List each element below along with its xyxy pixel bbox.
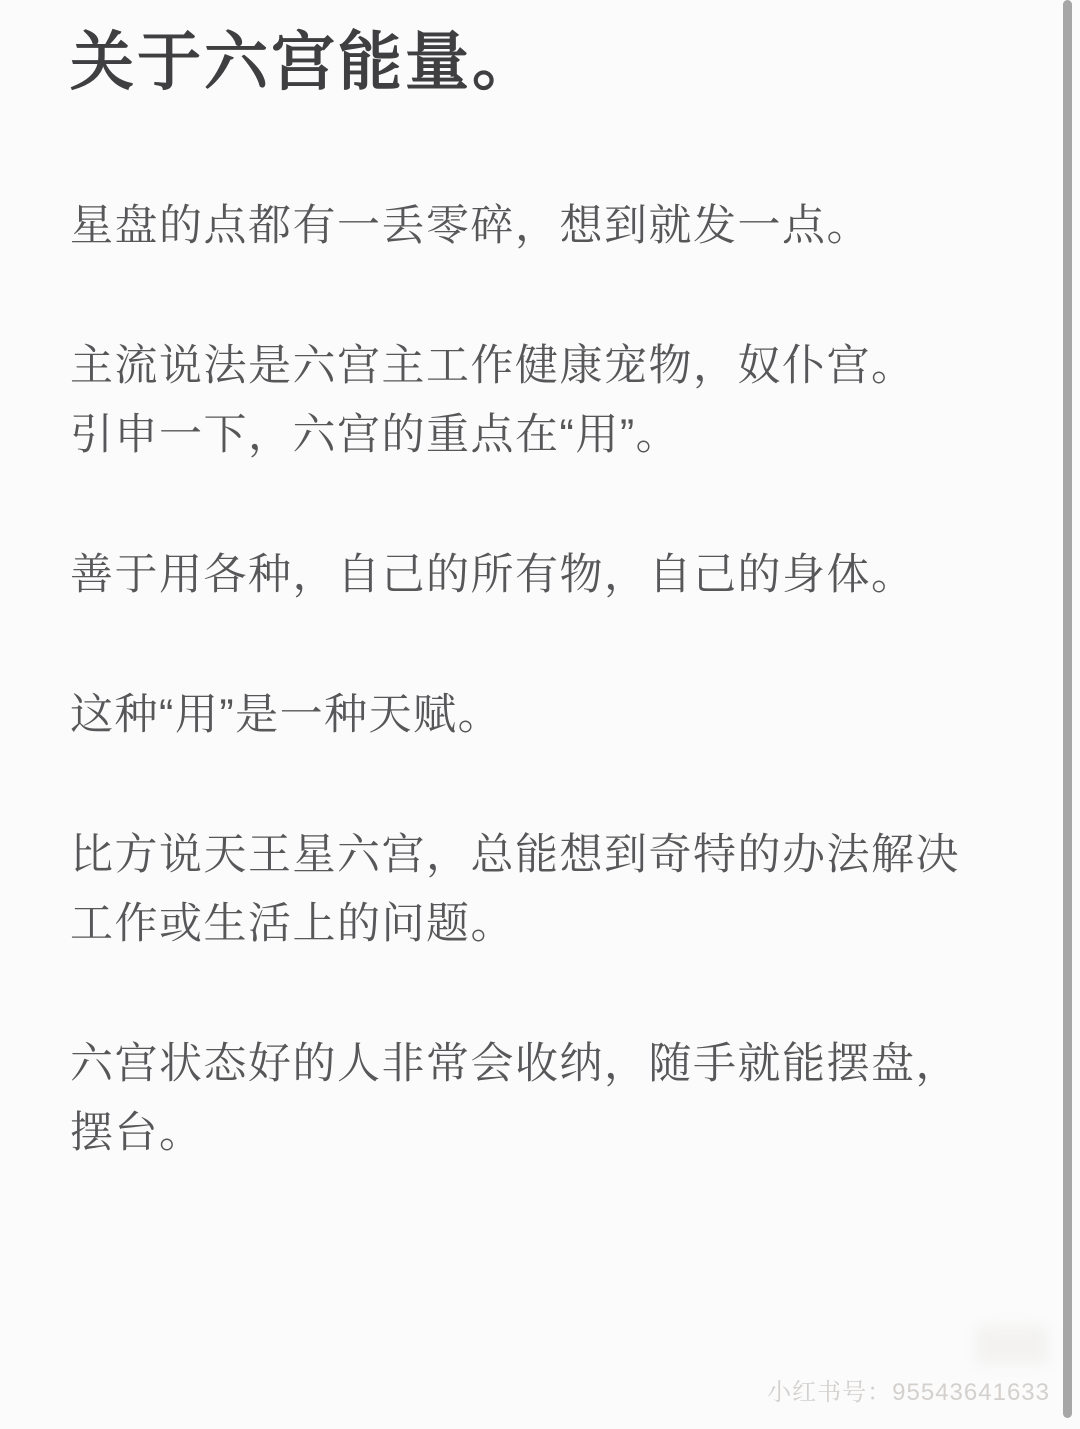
paragraph-3: 善于用各种，自己的所有物，自己的身体。: [70, 541, 1020, 610]
paragraph-2: 主流说法是六宫主工作健康宠物，奴仆宫。 引申一下，六宫的重点在“用”。: [70, 332, 1020, 470]
paragraph-4: 这种“用”是一种天赋。: [70, 681, 1020, 750]
paragraph-6: 六宫状态好的人非常会收纳，随手就能摆盘， 摆台。: [70, 1030, 1020, 1168]
watermark-text: 小红书号：95543641633: [767, 1372, 1050, 1407]
paragraph-line: 六宫状态好的人非常会收纳，随手就能摆盘，: [70, 1030, 1020, 1099]
paragraph-line: 工作或生活上的问题。: [70, 890, 1020, 959]
paragraph-line: 善于用各种，自己的所有物，自己的身体。: [70, 541, 1020, 610]
paragraph-line: 这种“用”是一种天赋。: [70, 681, 1020, 750]
paragraph-5: 比方说天王星六宫，总能想到奇特的办法解决 工作或生活上的问题。: [70, 821, 1020, 959]
scrollbar-thumb[interactable]: [1063, 0, 1072, 1418]
paragraph-line: 比方说天王星六宫，总能想到奇特的办法解决: [70, 821, 1020, 890]
article-body: 星盘的点都有一丢零碎，想到就发一点。 主流说法是六宫主工作健康宠物，奴仆宫。 引…: [70, 192, 1020, 1168]
paragraph-line: 引申一下，六宫的重点在“用”。: [70, 401, 1020, 470]
paragraph-line: 摆台。: [70, 1099, 1020, 1168]
blurred-sticker-patch: [976, 1326, 1048, 1364]
paragraph-line: 星盘的点都有一丢零碎，想到就发一点。: [70, 192, 1020, 261]
paragraph-line: 主流说法是六宫主工作健康宠物，奴仆宫。: [70, 332, 1020, 401]
text-post-page: 关于六宫能量。 星盘的点都有一丢零碎，想到就发一点。 主流说法是六宫主工作健康宠…: [0, 0, 1080, 1429]
page-title: 关于六宫能量。: [70, 18, 1080, 106]
paragraph-1: 星盘的点都有一丢零碎，想到就发一点。: [70, 192, 1020, 261]
